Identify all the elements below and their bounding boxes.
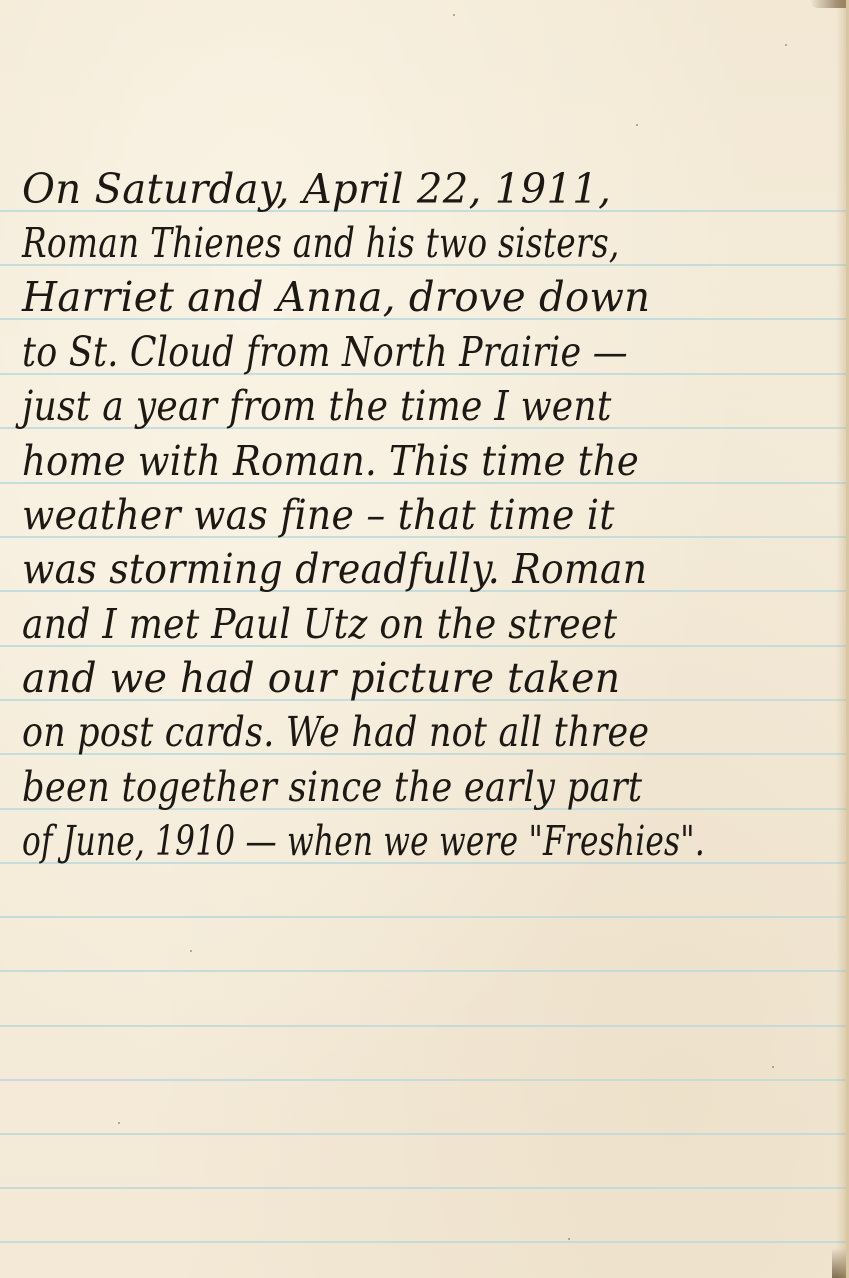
paper-speck [772,1066,774,1068]
corner-wear [832,1248,846,1278]
paper-speck [785,44,787,46]
ruled-line [0,916,846,918]
ruled-line [0,1187,846,1189]
corner-stain [810,0,846,8]
paper-speck [118,1122,120,1124]
paper-speck [568,1238,570,1240]
paper-speck [453,14,455,16]
handwritten-line: on post cards. We had not all three [22,705,711,759]
handwritten-line: Roman Thienes and his two sisters, [22,216,670,270]
handwritten-line: to St. Cloud from North Prairie — [22,325,711,379]
handwritten-line: just a year from the time I went [22,379,735,433]
handwritten-line: been together since the early part [22,760,719,814]
ruled-line [0,1025,846,1027]
ruled-line [0,970,846,972]
handwritten-line: of June, 1910 — when we were "Freshies". [22,814,638,868]
ruled-line [0,1133,846,1135]
handwritten-line: home with Roman. This time the [22,434,751,488]
handwritten-line: and I met Paul Utz on the street [22,597,735,651]
handwritten-line: and we had our picture taken [22,651,800,705]
ruled-line [0,1079,846,1081]
handwritten-line: On Saturday, April 22, 1911, [22,162,816,216]
handwritten-line: Harriet and Anna, drove down [22,270,816,324]
paper-speck [190,950,192,952]
handwritten-line: weather was fine – that time it [22,488,767,542]
diary-page: On Saturday, April 22, 1911, Roman Thien… [0,0,849,1278]
handwritten-line: was storming dreadfully. Roman [22,542,767,596]
paper-speck [636,124,638,126]
ruled-line [0,1241,846,1243]
